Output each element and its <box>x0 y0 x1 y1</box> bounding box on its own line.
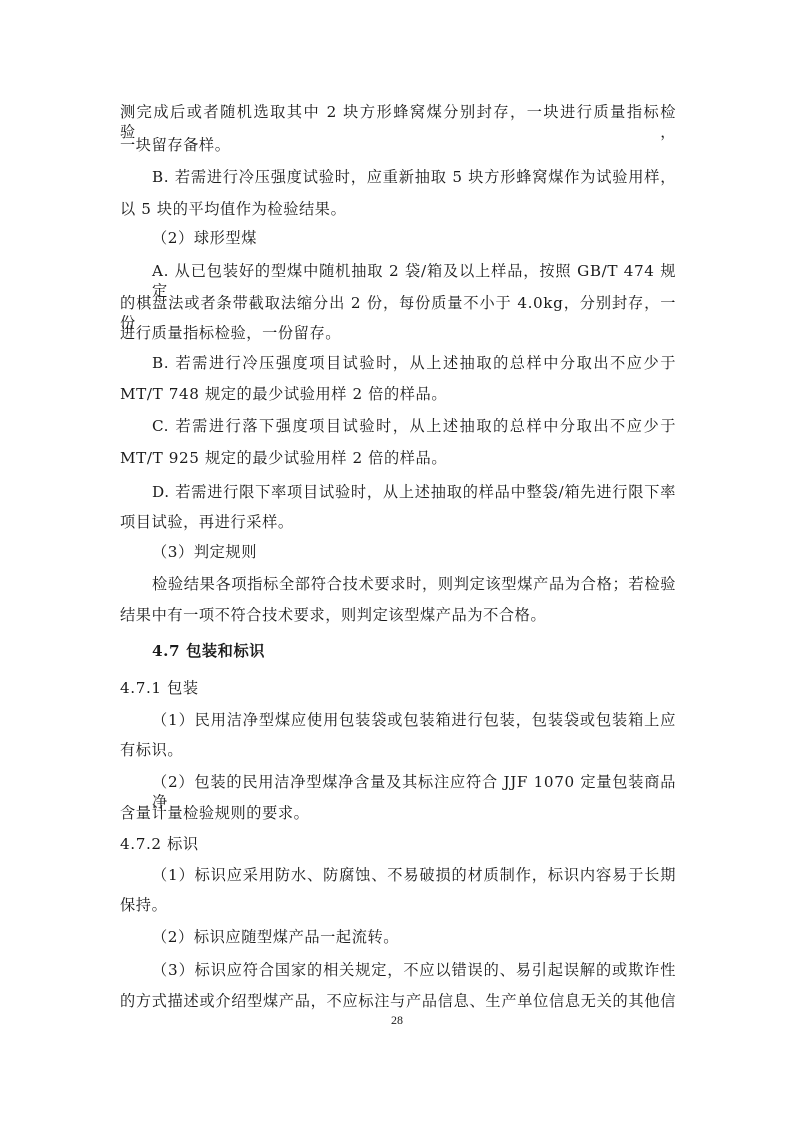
text-line: 的方式描述或介绍型煤产品，不应标注与产品信息、生产单位信息无关的其他信 <box>120 991 676 1011</box>
text-line: C. 若需进行落下强度项目试验时，从上述抽取的总样中分取出不应少于 <box>152 416 676 436</box>
text-line: 进行质量指标检验，一份留存。 <box>120 323 676 343</box>
text-line: （3）标识应符合国家的相关规定，不应以错误的、易引起误解的或欺诈性 <box>152 960 676 980</box>
text-line: 项目试验，再进行采样。 <box>120 512 676 532</box>
text-line: （1）标识应采用防水、防腐蚀、不易破损的材质制作，标识内容易于长期 <box>152 865 676 885</box>
text-line: 一块留存备样。 <box>120 135 676 155</box>
text-line: 以 5 块的平均值作为检验结果。 <box>120 199 676 219</box>
text-line: 有标识。 <box>120 740 676 760</box>
text-line: 4.7.2 标识 <box>120 834 676 854</box>
text-line: B. 若需进行冷压强度试验时，应重新抽取 5 块方形蜂窝煤作为试验用样， <box>152 167 676 187</box>
text-line: （2）标识应随型煤产品一起流转。 <box>152 927 676 947</box>
text-line: 4.7.1 包装 <box>120 678 676 698</box>
text-line: D. 若需进行限下率项目试验时，从上述抽取的样品中整袋/箱先进行限下率 <box>152 482 676 502</box>
text-line: 检验结果各项指标全部符合技术要求时，则判定该型煤产品为合格；若检验 <box>152 574 676 594</box>
section-heading: 4.7 包装和标识 <box>152 641 676 661</box>
page-number: 28 <box>0 1013 794 1028</box>
text-line: MT/T 925 规定的最少试验用样 2 倍的样品。 <box>120 448 676 468</box>
text-line: 保持。 <box>120 895 676 915</box>
text-line: B. 若需进行冷压强度项目试验时，从上述抽取的总样中分取出不应少于 <box>152 353 676 373</box>
text-line: （2）球形型煤 <box>152 228 676 248</box>
text-line: （1）民用洁净型煤应使用包装袋或包装箱进行包装，包装袋或包装箱上应 <box>152 710 676 730</box>
text-line: 结果中有一项不符合技术要求，则判定该型煤产品为不合格。 <box>120 605 676 625</box>
text-line: （3）判定规则 <box>152 542 676 562</box>
text-line: MT/T 748 规定的最少试验用样 2 倍的样品。 <box>120 384 676 404</box>
document-page: 测完成后或者随机选取其中 2 块方形蜂窝煤分别封存，一块进行质量指标检验，一块留… <box>0 0 794 1123</box>
text-line: 含量计量检验规则的要求。 <box>120 803 676 823</box>
